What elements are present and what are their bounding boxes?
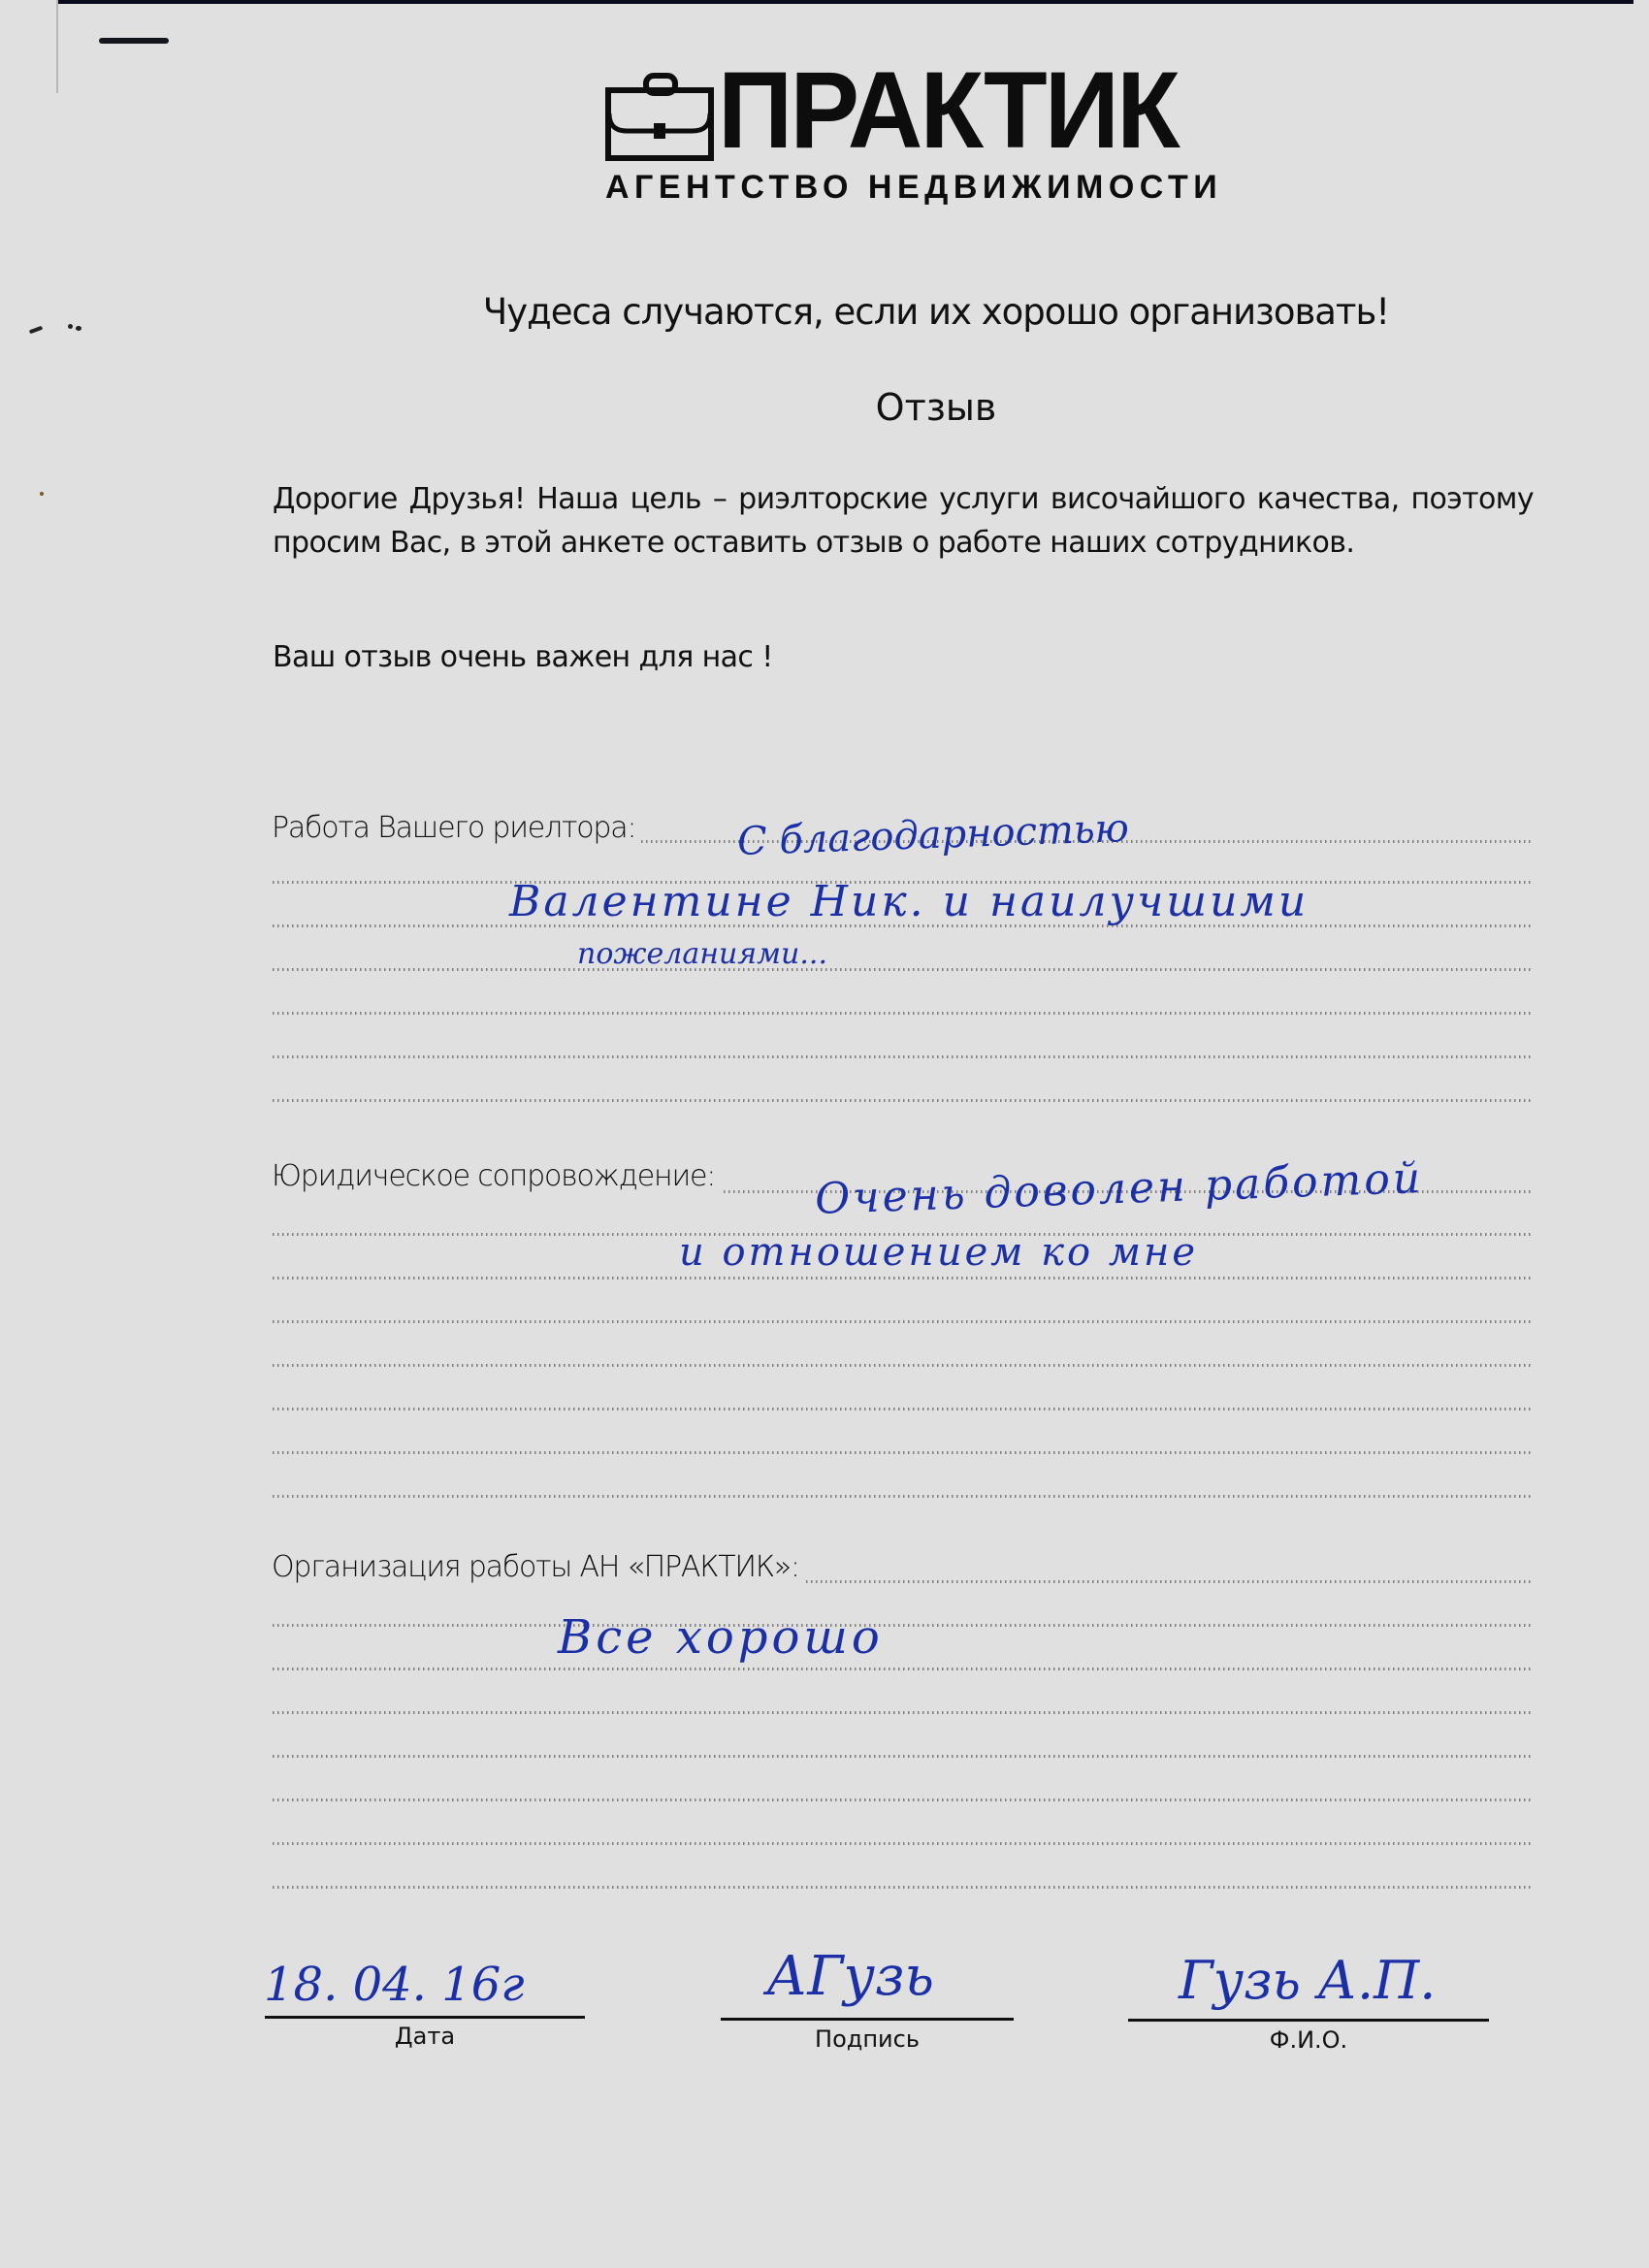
signature-line (721, 2018, 1014, 2021)
dotted-line (273, 1495, 1534, 1498)
stray-mark (99, 38, 169, 44)
dotted-line (273, 1668, 1534, 1670)
page-title: Отзыв (0, 386, 1649, 429)
handwritten-answer: Все хорошо (558, 1610, 884, 1665)
full-name-value: Гузь А.П. (1179, 1950, 1436, 2011)
dotted-line (273, 1364, 1534, 1367)
signature-value: АГузь (766, 1945, 934, 2008)
handwritten-answer: С благодарностью (736, 806, 1129, 864)
dotted-line (273, 1277, 1534, 1280)
section-label: Работа Вашего риелтора: (272, 811, 641, 845)
dotted-line (273, 968, 1534, 971)
date-line (265, 2016, 585, 2019)
dotted-line (273, 1842, 1534, 1845)
company-logo: ПРАКТИК АГЕНТСТВО НЕДВИЖИМОСТИ (601, 68, 1203, 204)
intro-paragraph: Дорогие Друзья! Наша цель – риэлторские … (273, 477, 1534, 565)
stray-speck (40, 492, 44, 496)
date-label: Дата (265, 2023, 585, 2050)
full-name-label: Ф.И.О. (1128, 2026, 1489, 2054)
dotted-line (273, 1886, 1534, 1889)
dotted-line (273, 1755, 1534, 1758)
brand-name: ПРАКТИК (718, 56, 1178, 165)
dotted-line (273, 1711, 1534, 1714)
dotted-line (273, 1451, 1534, 1454)
scan-edge-top (56, 0, 1633, 4)
section-label: Юридическое сопровождение: (272, 1159, 721, 1193)
dotted-line (273, 1320, 1534, 1323)
handwritten-answer: и отношением ко мне (679, 1230, 1198, 1275)
dotted-line (273, 1408, 1534, 1410)
date-value: 18. 04. 16г (264, 1958, 525, 2012)
tagline: Чудеса случаются, если их хорошо организ… (0, 291, 1649, 333)
scan-edge-left (56, 0, 58, 93)
full-name-line (1128, 2019, 1489, 2022)
handwritten-answer: Очень доволен работой (814, 1153, 1424, 1224)
dotted-line (273, 1012, 1534, 1015)
signature-label: Подпись (721, 2025, 1014, 2053)
section-label: Организация работы АН «ПРАКТИК»: (272, 1550, 805, 1584)
briefcase-icon (605, 73, 714, 162)
dotted-line (273, 1055, 1534, 1058)
dotted-line (273, 1624, 1534, 1627)
dotted-line (273, 1099, 1534, 1102)
intro-emphasis: Ваш отзыв очень важен для нас ! (273, 640, 773, 674)
handwritten-answer: Валентине Ник. и наилучшими (509, 877, 1309, 926)
dotted-line (273, 1798, 1534, 1801)
brand-subtitle: АГЕНТСТВО НЕДВИЖИМОСТИ (605, 169, 1222, 207)
handwritten-answer: пожеланиями... (577, 937, 827, 971)
